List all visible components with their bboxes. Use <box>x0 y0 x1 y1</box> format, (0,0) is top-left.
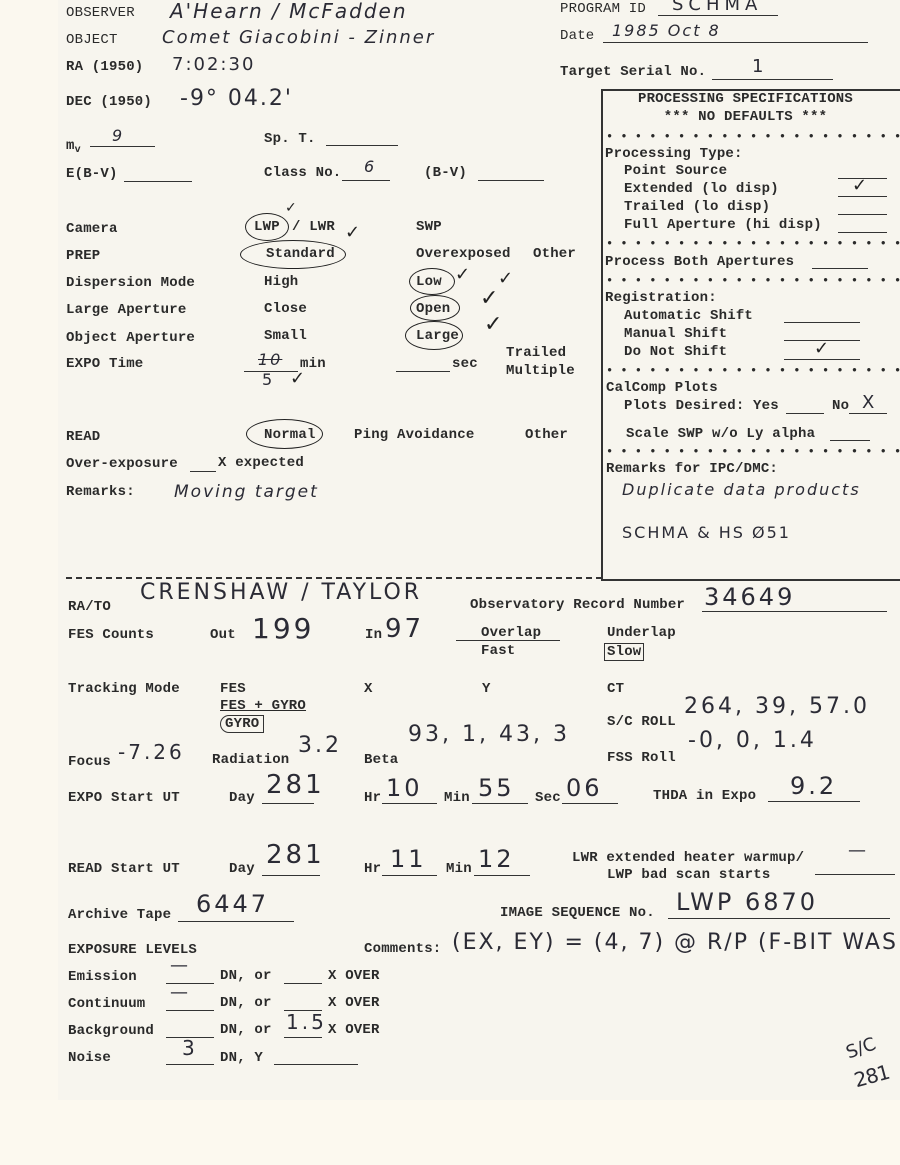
beta-field[interactable]: 93, 1, 43, 3 <box>408 722 570 747</box>
read-hr-field[interactable]: 11 <box>390 845 427 873</box>
check-mark-icon: ✓ <box>480 286 498 311</box>
heater-field[interactable]: — <box>848 840 868 861</box>
image-sequence-underline <box>668 918 890 919</box>
observer-field[interactable]: A'Hearn / McFadden <box>170 0 408 23</box>
registration-do-not-shift: Do Not Shift <box>624 344 727 360</box>
emission-label: Emission <box>68 969 137 985</box>
overlap-option[interactable]: Overlap <box>481 625 541 641</box>
fes-in-label: In <box>365 627 382 643</box>
beta-label: Beta <box>364 752 398 768</box>
prep-option-other[interactable]: Other <box>533 246 576 262</box>
x-label: X <box>364 681 373 697</box>
read-min-field[interactable]: 12 <box>478 845 515 873</box>
read-selected-circle <box>246 419 323 449</box>
observatory-record-label: Observatory Record Number <box>470 597 685 613</box>
expo-start-label: EXPO Start UT <box>68 790 180 806</box>
expo-time-min-field[interactable]: 5 <box>262 370 274 389</box>
background-over-suffix: X OVER <box>328 1022 380 1038</box>
noise-dn-field[interactable]: 3 <box>182 1036 198 1060</box>
class-no-field[interactable]: 6 <box>364 157 376 176</box>
remarks-label: Remarks: <box>66 484 135 500</box>
emission-over-field[interactable] <box>284 983 322 984</box>
automatic-shift-field[interactable] <box>784 322 860 323</box>
archive-tape-underline <box>178 921 294 922</box>
date-field[interactable]: 1985 Oct 8 <box>612 21 721 40</box>
registration-automatic-shift: Automatic Shift <box>624 308 753 324</box>
do-not-shift-field[interactable] <box>784 359 860 360</box>
large-aperture-selected-circle <box>410 295 460 321</box>
thda-underline <box>768 801 860 802</box>
trailed-field[interactable] <box>838 214 887 215</box>
radiation-field[interactable]: 3.2 <box>298 733 342 758</box>
dec-field[interactable]: -9° 04.2' <box>180 86 293 111</box>
fss-roll-field[interactable]: -0, 0, 1.4 <box>688 728 817 753</box>
continuum-label: Continuum <box>68 996 145 1012</box>
observatory-record-underline <box>702 611 887 612</box>
mv-field[interactable]: 9 <box>112 126 124 145</box>
date-label: Date <box>560 28 594 44</box>
tracking-option-fes[interactable]: FES <box>220 681 246 697</box>
expo-multiple-option[interactable]: Multiple <box>506 363 575 379</box>
process-both-apertures-label: Process Both Apertures <box>605 254 794 270</box>
processing-type-label: Processing Type: <box>605 146 743 162</box>
noise-y-field[interactable] <box>274 1064 358 1065</box>
mv-underline <box>90 146 155 147</box>
dispersion-mode-label: Dispersion Mode <box>66 275 195 291</box>
expo-hr-label: Hr <box>364 790 381 806</box>
continuum-over-suffix: X OVER <box>328 995 380 1011</box>
scale-swp-field[interactable] <box>830 440 870 441</box>
heater-warmup-label: LWR extended heater warmup/ <box>572 850 804 866</box>
expo-day-field[interactable]: 281 <box>266 770 325 800</box>
sc-roll-label: S/C ROLL <box>607 714 676 730</box>
read-label: READ <box>66 429 100 445</box>
background-label: Background <box>68 1023 154 1039</box>
object-field[interactable]: Comet Giacobini - Zinner <box>162 27 435 48</box>
focus-label: Focus <box>68 754 111 770</box>
expo-day-label: Day <box>229 790 255 806</box>
margin-note-line-2: 281 <box>851 1060 891 1092</box>
scale-swp-label: Scale SWP w/o Ly alpha <box>626 426 815 442</box>
process-both-apertures-field[interactable] <box>812 268 868 269</box>
fes-counts-label: FES Counts <box>68 627 154 643</box>
expo-trailed-option[interactable]: Trailed <box>506 345 566 361</box>
read-option-ping-avoidance[interactable]: Ping Avoidance <box>354 427 474 443</box>
tracking-option-gyro-selected[interactable]: GYRO <box>220 715 264 733</box>
ebv-field[interactable] <box>124 181 192 182</box>
program-id-underline <box>658 15 778 16</box>
dec-label: DEC (1950) <box>66 94 152 110</box>
read-hr-label: Hr <box>364 861 381 877</box>
full-aperture-field[interactable] <box>838 232 887 233</box>
read-day-label: Day <box>229 861 255 877</box>
background-over-underline <box>284 1037 322 1038</box>
image-sequence-label: IMAGE SEQUENCE No. <box>500 905 655 921</box>
prep-label: PREP <box>66 248 100 264</box>
remarks-ipc-dmc-line-2[interactable]: SCHMA & HS Ø51 <box>622 523 791 542</box>
emission-dn-field[interactable]: — <box>170 955 190 976</box>
heater-underline <box>815 874 895 875</box>
fes-out-field[interactable]: 199 <box>252 612 314 645</box>
dotted-divider: •••••••••••••••••••••••••••••••••••••• <box>606 445 900 459</box>
fes-out-label: Out <box>210 627 236 643</box>
plots-yes-field[interactable] <box>786 413 824 414</box>
object-aperture-selected-circle <box>405 321 463 350</box>
y-label: Y <box>482 681 491 697</box>
camera-option-lwr[interactable]: / LWR <box>292 219 335 235</box>
read-min-label: Min <box>446 861 472 877</box>
expo-hr-underline <box>382 803 437 804</box>
processing-type-full-aperture: Full Aperture (hi disp) <box>624 217 822 233</box>
prep-option-overexposed[interactable]: Overexposed <box>416 246 511 262</box>
do-not-shift-field-check[interactable]: ✓ <box>814 338 829 359</box>
expo-day-underline <box>262 803 314 804</box>
check-mark-icon: ✓ <box>455 264 470 285</box>
fes-in-field[interactable]: 97 <box>385 614 424 644</box>
class-no-underline <box>342 180 390 181</box>
margin-note-line-1: S/C <box>843 1033 878 1063</box>
camera-label: Camera <box>66 221 118 237</box>
bv-label: (B-V) <box>424 165 467 181</box>
expo-sec-label: Sec <box>535 790 561 806</box>
plots-no-label: No <box>832 398 849 414</box>
radiation-label: Radiation <box>212 752 289 768</box>
read-min-underline <box>474 875 530 876</box>
expo-sec-underline <box>562 803 618 804</box>
comments-label: Comments: <box>364 941 441 957</box>
object-aperture-option-small[interactable]: Small <box>264 328 307 344</box>
processing-title: PROCESSING SPECIFICATIONS <box>603 91 888 107</box>
check-mark-icon: ✓ <box>498 268 513 289</box>
sp-t-field[interactable] <box>326 145 398 146</box>
processing-type-trailed: Trailed (lo disp) <box>624 199 770 215</box>
expo-time-label: EXPO Time <box>66 356 143 372</box>
extended-field[interactable] <box>838 196 887 197</box>
background-over-field[interactable]: 1.5 <box>286 1010 327 1034</box>
read-day-underline <box>262 875 320 876</box>
slow-option-selected[interactable]: Slow <box>604 643 644 661</box>
bv-field[interactable] <box>478 180 544 181</box>
overexposure-label: Over-exposure <box>66 456 178 472</box>
tracking-mode-label: Tracking Mode <box>68 681 180 697</box>
ra-to-field[interactable]: CRENSHAW / TAYLOR <box>140 580 422 605</box>
background-dn-suffix: DN, or <box>220 1022 272 1038</box>
large-aperture-option-close[interactable]: Close <box>264 301 307 317</box>
prep-selected-circle <box>240 240 346 269</box>
remarks-ipc-dmc-label: Remarks for IPC/DMC: <box>606 461 778 477</box>
paper-margin <box>0 0 58 1165</box>
processing-type-point-source: Point Source <box>624 163 727 179</box>
check-mark-icon: ✓ <box>290 368 305 389</box>
check-mark-icon: ✓ <box>345 222 360 243</box>
sp-t-label: Sp. T. <box>264 131 316 147</box>
fast-option[interactable]: Fast <box>481 643 515 659</box>
program-id-field[interactable]: SCHMA <box>672 0 762 15</box>
continuum-dn-field[interactable]: — <box>170 982 190 1003</box>
extended-field-check[interactable]: ✓ <box>852 175 867 196</box>
expo-sec-field[interactable]: 06 <box>566 774 603 802</box>
ra-to-label: RA/TO <box>68 599 111 615</box>
sc-roll-field[interactable]: 264, 39, 57.0 <box>684 694 870 719</box>
focus-field[interactable]: -7.26 <box>118 740 185 764</box>
remarks-ipc-dmc-line-1[interactable]: Duplicate data products <box>622 480 861 499</box>
expo-time-sec-field[interactable] <box>396 371 450 372</box>
target-serial-label: Target Serial No. <box>560 64 706 80</box>
ra-label: RA (1950) <box>66 59 143 75</box>
emission-dn-suffix: DN, or <box>220 968 272 984</box>
continuum-dn-underline <box>166 1010 214 1011</box>
dispersion-option-high[interactable]: High <box>264 274 298 290</box>
expo-time-sec-unit: sec <box>452 356 478 372</box>
noise-dn-underline <box>166 1064 214 1065</box>
image-sequence-field[interactable]: LWP 6870 <box>676 888 818 916</box>
read-start-label: READ Start UT <box>68 861 180 877</box>
plots-no-underline <box>849 413 887 414</box>
camera-selected-circle <box>245 213 289 241</box>
processing-type-extended: Extended (lo disp) <box>624 181 779 197</box>
emission-over-suffix: X OVER <box>328 968 380 984</box>
ra-field[interactable]: 7:02:30 <box>172 54 255 75</box>
read-hr-underline <box>382 875 437 876</box>
object-aperture-label: Object Aperture <box>66 330 195 346</box>
dotted-divider: •••••••••••••••••••••••••••••••••••••• <box>606 130 900 144</box>
bad-scan-label: LWP bad scan starts <box>607 867 770 883</box>
overlap-underline <box>456 640 560 641</box>
dotted-divider: •••••••••••••••••••••••••••••••••••••• <box>606 237 900 251</box>
tracking-option-fes-gyro[interactable]: FES + GYRO <box>220 698 306 714</box>
overexposure-suffix: X expected <box>218 455 304 471</box>
plots-desired-label: Plots Desired: Yes <box>624 398 779 414</box>
fss-roll-label: FSS Roll <box>607 750 676 766</box>
plots-no-field[interactable]: X <box>862 392 876 413</box>
date-underline <box>603 42 868 43</box>
ebv-label: E(B-V) <box>66 166 118 182</box>
check-mark-icon: ✓ <box>484 312 502 337</box>
thda-label: THDA in Expo <box>653 788 756 804</box>
expo-time-struck-value: 10 <box>258 350 282 369</box>
section-divider <box>66 577 602 579</box>
check-mark-icon: ✓ <box>285 200 297 216</box>
object-label: OBJECT <box>66 32 118 48</box>
comments-field[interactable]: (EX, EY) = (4, 7) @ R/P (F-BIT WAS = 1!) <box>452 930 900 955</box>
dispersion-selected-circle <box>409 268 455 295</box>
expo-min-label: Min <box>444 790 470 806</box>
read-day-field[interactable]: 281 <box>266 840 325 870</box>
class-no-label: Class No. <box>264 165 341 181</box>
expo-hr-field[interactable]: 10 <box>386 774 423 802</box>
ct-label: CT <box>607 681 624 697</box>
target-serial-field[interactable]: 1 <box>752 56 765 77</box>
registration-manual-shift: Manual Shift <box>624 326 727 342</box>
observer-label: OBSERVER <box>66 5 135 21</box>
registration-label: Registration: <box>605 290 717 306</box>
dotted-divider: •••••••••••••••••••••••••••••••••••••• <box>606 274 900 288</box>
archive-tape-field[interactable]: 6447 <box>196 890 269 918</box>
dotted-divider: •••••••••••••••••••••••••••••••••••••• <box>606 364 900 378</box>
expo-min-field[interactable]: 55 <box>478 774 515 802</box>
program-id-label: PROGRAM ID <box>560 1 646 17</box>
mv-label: mv <box>66 138 81 156</box>
expo-min-underline <box>472 803 528 804</box>
paper-bottom-margin <box>0 1100 900 1165</box>
overexposure-field[interactable] <box>190 471 216 472</box>
processing-subtitle: *** NO DEFAULTS *** <box>603 109 888 125</box>
camera-option-swp[interactable]: SWP <box>416 219 442 235</box>
calcomp-plots-label: CalComp Plots <box>606 380 718 396</box>
thda-field[interactable]: 9.2 <box>790 772 837 800</box>
noise-label: Noise <box>68 1050 111 1066</box>
remarks-field[interactable]: Moving target <box>174 482 319 502</box>
observatory-record-field[interactable]: 34649 <box>704 583 795 611</box>
archive-tape-label: Archive Tape <box>68 907 171 923</box>
underlap-option[interactable]: Underlap <box>607 625 676 641</box>
read-option-other[interactable]: Other <box>525 427 568 443</box>
continuum-dn-suffix: DN, or <box>220 995 272 1011</box>
target-serial-underline <box>712 79 833 80</box>
large-aperture-label: Large Aperture <box>66 302 186 318</box>
noise-dn-suffix: DN, Y <box>220 1050 263 1066</box>
